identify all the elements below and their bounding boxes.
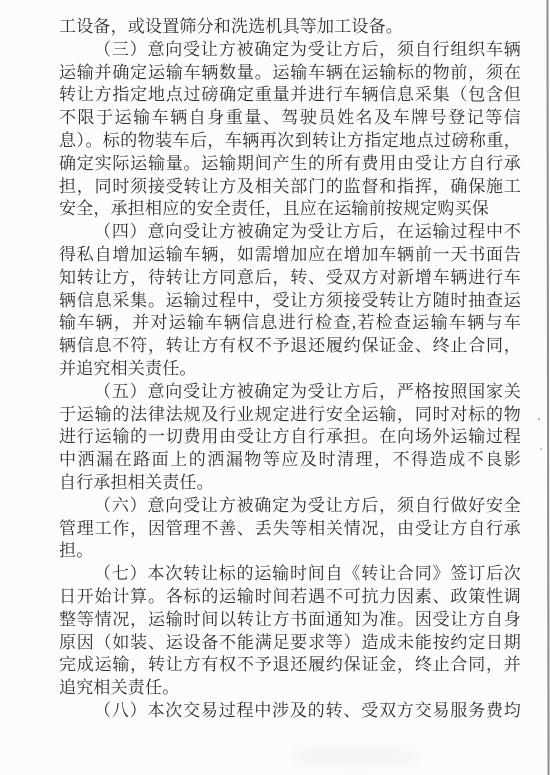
text-line: 确定实际运输量。运输期间产生的所有费用由受让方自行承 <box>59 153 521 176</box>
text-line: （五）意向受让方被确定为受让方后，严格按照国家关 <box>59 381 521 404</box>
text-line: 辆信息采集。运输过程中，受让方须接受转让方随时抽查运 <box>59 290 521 313</box>
text-line: 整等情况，运输时间以转让方书面通知为准。因受让方自身 <box>59 609 521 632</box>
text-line: 自行承担相关责任。 <box>59 472 521 495</box>
text-line: 担，同时须接受转让方及相关部门的监督和指挥，确保施工 <box>59 176 521 199</box>
text-line: 得私自增加运输车辆，如需增加应在增加车辆前一天书面告 <box>59 244 521 267</box>
document-body: 工设备，或设置筛分和洗选机具等加工设备。（三）意向受让方被确定为受让方后，须自行… <box>59 16 521 723</box>
text-line: （六）意向受让方被确定为受让方后，须自行做好安全 <box>59 495 521 518</box>
text-line: 进行运输的一切费用由受让方自行承担。在向场外运输过程 <box>59 426 521 449</box>
text-line: 日开始计算。各标的运输时间若遇不可抗力因素、政策性调 <box>59 586 521 609</box>
text-line: 工设备，或设置筛分和洗选机具等加工设备。 <box>59 16 521 39</box>
text-line: 担。 <box>59 540 521 563</box>
text-line: 辆信息不符，转让方有权不予退还履约保证金、终止合同， <box>59 335 521 358</box>
scanned-document-page: 工设备，或设置筛分和洗选机具等加工设备。（三）意向受让方被确定为受让方后，须自行… <box>0 0 550 775</box>
scan-smudge <box>290 748 420 766</box>
text-line: 知转让方，待转让方同意后，转、受双方对新增车辆进行车 <box>59 267 521 290</box>
text-line: 转让方指定地点过磅确定重量并进行车辆信息采集（包含但 <box>59 84 521 107</box>
text-line: 于运输的法律法规及行业规定进行安全运输，同时对标的物 <box>59 404 521 427</box>
text-line: 中洒漏在路面上的洒漏物等应及时清理，不得造成不良影响， <box>59 449 521 472</box>
text-line: 追究相关责任。 <box>59 677 521 700</box>
text-line: 息）。标的物装车后，车辆再次到转让方指定地点过磅称重， <box>59 130 521 153</box>
scan-speck <box>538 418 540 420</box>
text-line: （三）意向受让方被确定为受让方后，须自行组织车辆 <box>59 39 521 62</box>
text-line: 不限于运输车辆自身重量、驾驶员姓名及车牌号登记等信 <box>59 107 521 130</box>
text-line: 输车辆，并对运输车辆信息进行检查,若检查运输车辆与车 <box>59 312 521 335</box>
text-line: 运输并确定运输车辆数量。运输车辆在运输标的物前，须在 <box>59 62 521 85</box>
text-line: 原因（如装、运设备不能满足要求等）造成未能按约定日期 <box>59 632 521 655</box>
text-line: （八）本次交易过程中涉及的转、受双方交易服务费均 <box>59 700 521 723</box>
text-line: 安全，承担相应的安全责任，且应在运输前按规定购买保险。 <box>59 198 521 221</box>
text-line: （四）意向受让方被确定为受让方后，在运输过程中不 <box>59 221 521 244</box>
text-line: （七）本次转让标的运输时间自《转让合同》签订后次 <box>59 563 521 586</box>
text-line: 管理工作，因管理不善、丢失等相关情况，由受让方自行承 <box>59 518 521 541</box>
text-line: 并追究相关责任。 <box>59 358 521 381</box>
scan-speck <box>540 448 542 450</box>
scan-edge-artifact <box>546 0 549 775</box>
text-line: 完成运输，转让方有权不予退还履约保证金，终止合同，并 <box>59 654 521 677</box>
